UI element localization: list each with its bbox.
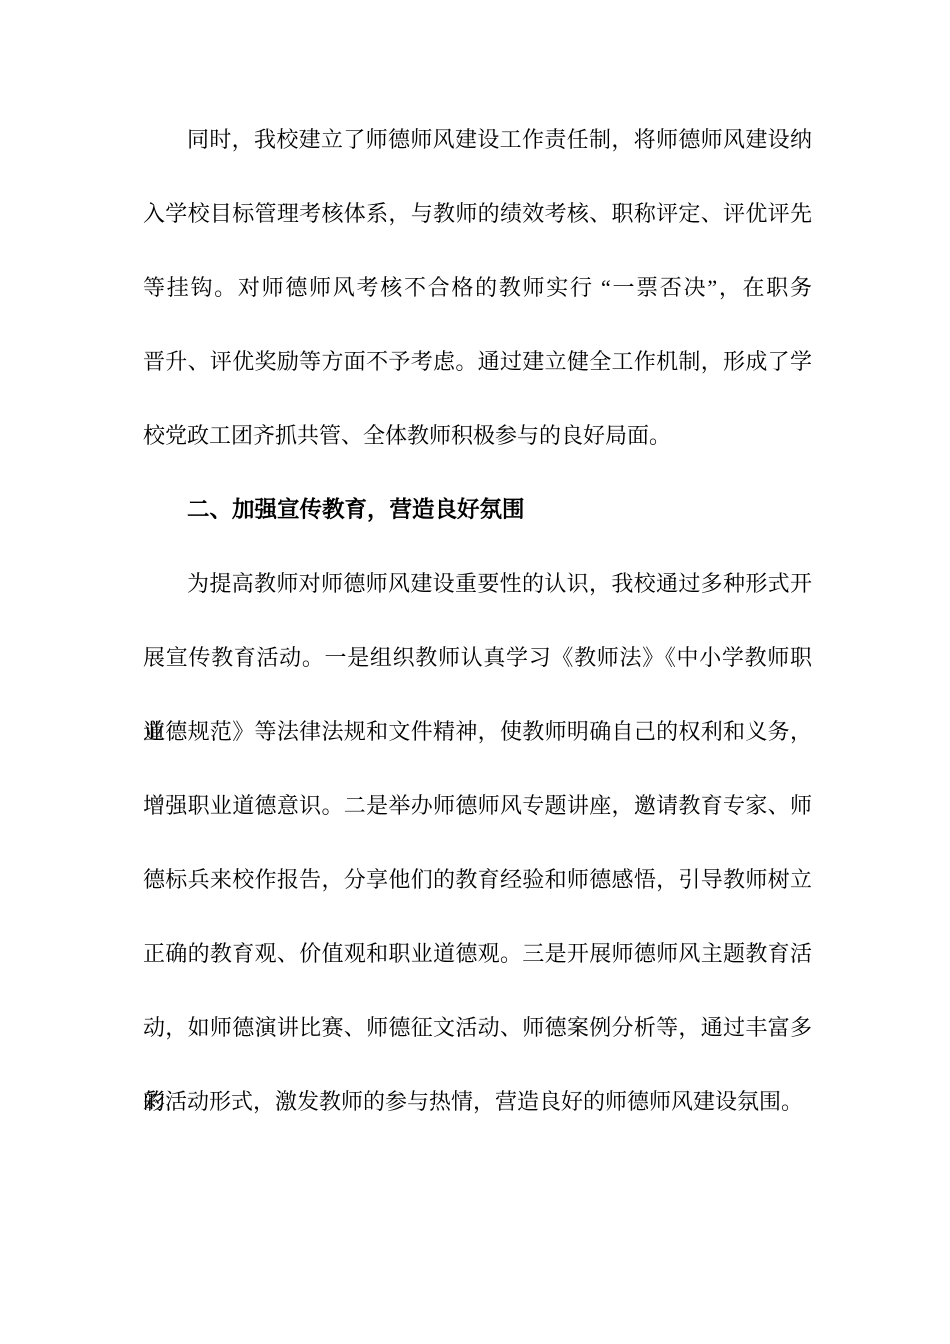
document-page: 同时，我校建立了师德师风建设工作责任制，将师德师风建设纳 入学校目标管理考核体系… (0, 0, 950, 1344)
paragraph-line: 晋升、评优奖励等方面不予考虑。通过建立健全工作机制，形成了学 (143, 325, 812, 399)
paragraph-line: 动，如师德演讲比赛、师德征文活动、师德案例分析等，通过丰富多彩 (143, 991, 812, 1065)
paragraph-line: 的活动形式，激发教师的参与热情，营造良好的师德师风建设氛围。 (143, 1065, 812, 1139)
paragraph-line: 道德规范》等法律法规和文件精神，使教师明确自己的权利和义务， (143, 695, 812, 769)
paragraph-line: 同时，我校建立了师德师风建设工作责任制，将师德师风建设纳 (143, 103, 812, 177)
paragraph-line: 德标兵来校作报告，分享他们的教育经验和师德感悟，引导教师树立 (143, 843, 812, 917)
paragraph-1: 同时，我校建立了师德师风建设工作责任制，将师德师风建设纳 入学校目标管理考核体系… (143, 103, 812, 473)
paragraph-line: 为提高教师对师德师风建设重要性的认识，我校通过多种形式开 (143, 547, 812, 621)
paragraph-line: 正确的教育观、价值观和职业道德观。三是开展师德师风主题教育活 (143, 917, 812, 991)
paragraph-line: 展宣传教育活动。一是组织教师认真学习《教师法》《中小学教师职业 (143, 621, 812, 695)
paragraph-line: 等挂钩。对师德师风考核不合格的教师实行 “一票否决”，在职务 (143, 251, 812, 325)
paragraph-line: 入学校目标管理考核体系，与教师的绩效考核、职称评定、评优评先 (143, 177, 812, 251)
paragraph-line: 增强职业道德意识。二是举办师德师风专题讲座，邀请教育专家、师 (143, 769, 812, 843)
paragraph-2: 为提高教师对师德师风建设重要性的认识，我校通过多种形式开 展宣传教育活动。一是组… (143, 547, 812, 1139)
paragraph-line: 校党政工团齐抓共管、全体教师积极参与的良好局面。 (143, 399, 812, 473)
section-heading: 二、加强宣传教育，营造良好氛围 (143, 473, 812, 547)
text-block: 同时，我校建立了师德师风建设工作责任制，将师德师风建设纳 入学校目标管理考核体系… (143, 103, 812, 1139)
